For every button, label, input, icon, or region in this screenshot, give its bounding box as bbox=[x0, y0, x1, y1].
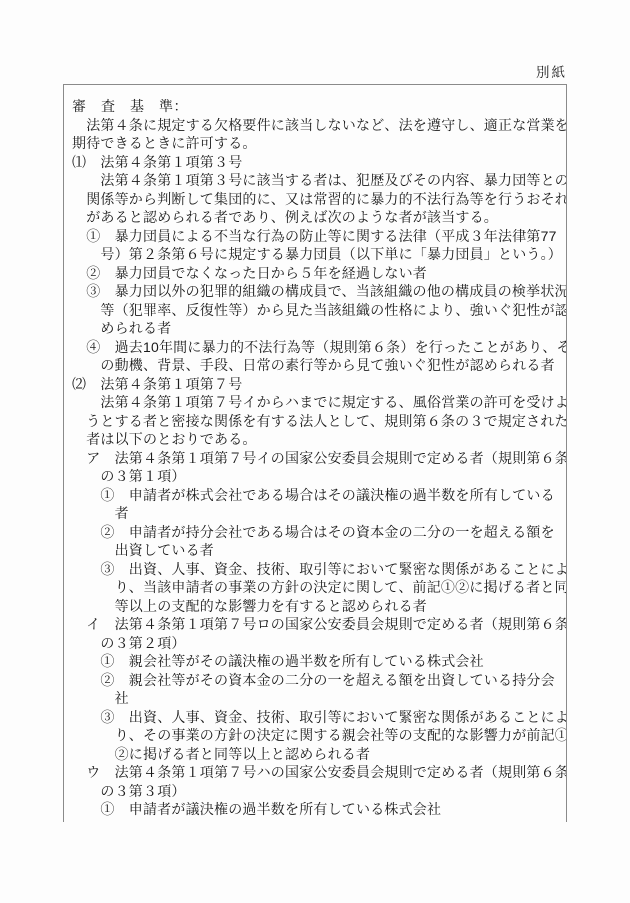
document-line: り、その事業の方針の決定に関する親会社等の支配的な影響力が前記① bbox=[72, 726, 560, 745]
criteria-box: 審 査 基 準： 法第４条に規定する欠格要件に該当しないなど、法を遵守し、適正な… bbox=[63, 84, 567, 903]
document-line: の３第２項） bbox=[72, 634, 560, 653]
document-line: ① 親会社等がその議決権の過半数を所有している株式会社 bbox=[72, 652, 560, 671]
document-line: ① 申請者が議決権の過半数を所有している株式会社 bbox=[72, 800, 560, 819]
document-line: うとする者と密接な関係を有する法人として、規則第６条の３で規定された bbox=[72, 412, 560, 431]
document-line: の３第１項） bbox=[72, 467, 560, 486]
document-heading: 審 査 基 準： bbox=[72, 97, 560, 116]
document-line: 等以上の支配的な影響力を有すると認められる者 bbox=[72, 597, 560, 616]
document-line: ③ 出資、人事、資金、技術、取引等において緊密な関係があることによ bbox=[72, 708, 560, 727]
document-body: 法第４条に規定する欠格要件に該当しないなど、法を遵守し、適正な営業を期待できると… bbox=[72, 116, 560, 819]
document-line: 法第４条第１項第７号イからハまでに規定する、風俗営業の許可を受けよ bbox=[72, 393, 560, 412]
document-line: 者 bbox=[72, 504, 560, 523]
document-line: ② 暴力団員でなくなった日から５年を経過しない者 bbox=[72, 264, 560, 283]
document-line: 法第４条第１項第３号に該当する者は、犯歴及びその内容、暴力団等との bbox=[72, 171, 560, 190]
document-line: 期待できるときに許可する。 bbox=[72, 134, 560, 153]
document-line: り、当該申請者の事業の方針の決定に関して、前記①②に掲げる者と同 bbox=[72, 578, 560, 597]
document-line: があると認められる者であり、例えば次のような者が該当する。 bbox=[72, 208, 560, 227]
document-line: イ 法第４条第１項第７号ロの国家公安委員会規則で定める者（規則第６条 bbox=[72, 615, 560, 634]
document-line: ウ 法第４条第１項第７号ハの国家公安委員会規則で定める者（規則第６条 bbox=[72, 763, 560, 782]
attachment-label: 別紙 bbox=[536, 61, 567, 81]
document-line: ア 法第４条第１項第７号イの国家公安委員会規則で定める者（規則第６条 bbox=[72, 449, 560, 468]
document-line: ③ 出資、人事、資金、技術、取引等において緊密な関係があることによ bbox=[72, 560, 560, 579]
document-line: 号）第２条第６号に規定する暴力団員（以下単に「暴力団員」という。） bbox=[72, 245, 560, 264]
document-line: 法第４条に規定する欠格要件に該当しないなど、法を遵守し、適正な営業を bbox=[72, 116, 560, 135]
document-line: 関係等から判断して集団的に、又は常習的に暴力的不法行為等を行うおそれ bbox=[72, 190, 560, 209]
document-line: 者は以下のとおりである。 bbox=[72, 430, 560, 449]
document-line: の３第３項） bbox=[72, 782, 560, 801]
document-line: ②に掲げる者と同等以上と認められる者 bbox=[72, 745, 560, 764]
document-line: 出資している者 bbox=[72, 541, 560, 560]
document-line: ③ 暴力団以外の犯罪的組織の構成員で、当該組織の他の構成員の検挙状況 bbox=[72, 282, 560, 301]
document-line: ② 申請者が持分会社である場合はその資本金の二分の一を超える額を bbox=[72, 523, 560, 542]
document-line: められる者 bbox=[72, 319, 560, 338]
document-line: ② 親会社等がその資本金の二分の一を超える額を出資している持分会 bbox=[72, 671, 560, 690]
document-line: 等（犯罪率、反復性等）から見た当該組織の性格により、強いぐ犯性が認 bbox=[72, 301, 560, 320]
document-line: ① 暴力団員による不当な行為の防止等に関する法律（平成３年法律第77 bbox=[72, 227, 560, 246]
document-line: 社 bbox=[72, 689, 560, 708]
document-line: ⑵ 法第４条第１項第７号 bbox=[72, 375, 560, 394]
document-line: の動機、背景、手段、日常の素行等から見て強いぐ犯性が認められる者 bbox=[72, 356, 560, 375]
page-break-area bbox=[0, 822, 630, 903]
document-page: 別紙 審 査 基 準： 法第４条に規定する欠格要件に該当しないなど、法を遵守し、… bbox=[0, 0, 630, 903]
document-line: ⑴ 法第４条第１項第３号 bbox=[72, 153, 560, 172]
document-line: ① 申請者が株式会社である場合はその議決権の過半数を所有している bbox=[72, 486, 560, 505]
document-line: ④ 過去10年間に暴力的不法行為等（規則第６条）を行ったことがあり、そ bbox=[72, 338, 560, 357]
